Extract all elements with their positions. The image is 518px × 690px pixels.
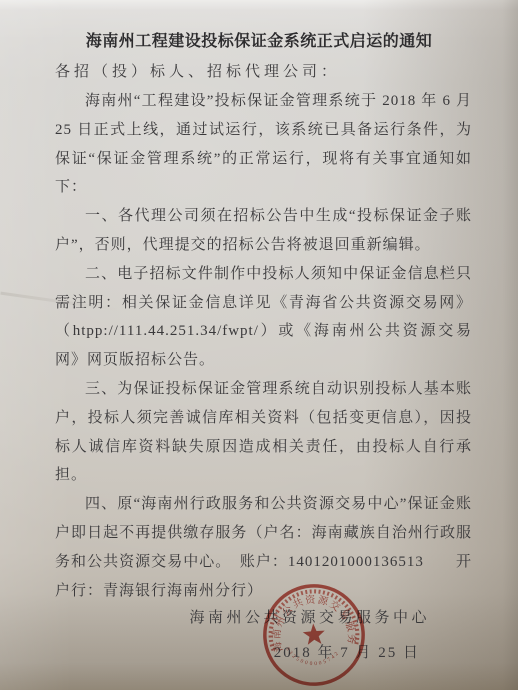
notice-content: 海南州工程建设投标保证金系统正式启运的通知 各招（投）标人、招标代理公司： 海南… xyxy=(0,0,518,690)
scanned-notice-page: 海南州工程建设投标保证金系统正式启运的通知 各招（投）标人、招标代理公司： 海南… xyxy=(0,0,518,690)
paragraph-intro: 海南州“工程建设”投标保证金管理系统于 2018 年 6 月 25 日正式上线，… xyxy=(55,87,472,202)
notice-body: 海南州“工程建设”投标保证金管理系统于 2018 年 6 月 25 日正式上线，… xyxy=(55,87,472,605)
seal-serial-number: 6325000005742 xyxy=(284,643,341,669)
paragraph-item-1: 一、各代理公司须在招标公告中生成“投标保证金子账户”，否则，代理提交的招标公告将… xyxy=(55,202,472,260)
issue-date: 2018 年 7 月 25 日 xyxy=(0,641,518,662)
seal-star-icon xyxy=(302,623,325,645)
svg-text:6325000005742: 6325000005742 xyxy=(284,643,341,669)
paragraph-item-3: 三、为保证投标保证金管理系统自动识别投标人基本账户，投标人须完善诚信库相关资料（… xyxy=(55,375,472,490)
official-red-seal: 海南州公共资源交易服务中心 6325000005742 xyxy=(257,578,370,690)
notice-title: 海南州工程建设投标保证金系统正式启运的通知 xyxy=(0,28,518,51)
paragraph-item-2: 二、电子招标文件制作中投标人须知中保证金信息栏只需注明：相关保证金信息详见《青海… xyxy=(55,260,472,375)
notice-salutation: 各招（投）标人、招标代理公司： xyxy=(55,60,340,81)
